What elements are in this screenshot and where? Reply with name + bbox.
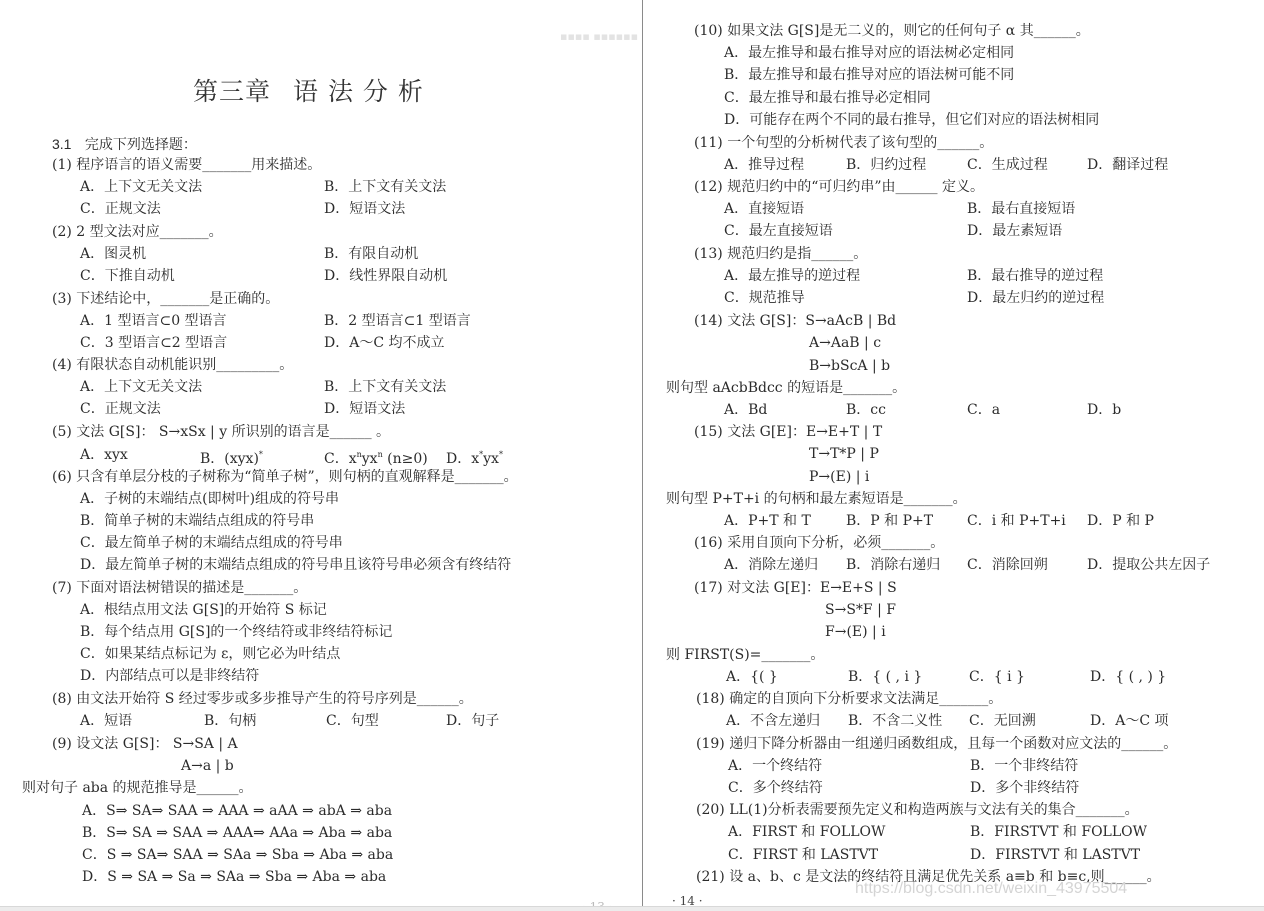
option-d: D．可能存在两个不同的最右推导，但它们对应的语法树相同: [724, 111, 1099, 129]
option-c: C．正规文法: [80, 200, 161, 218]
option-c: C．无回溯: [969, 712, 1036, 730]
right-page: (10) 如果文法 G[S]是无二义的，则它的任何句子 α 其______。 A…: [643, 0, 1264, 906]
option-c-cond: (n≥0): [383, 451, 428, 467]
option-a: A．子树的末端结点(即树叶)组成的符号串: [80, 490, 339, 508]
option-b: B．有限自动机: [324, 245, 418, 263]
option-b: B．上下文有关文法: [324, 178, 446, 196]
question-text: 设文法 G[S]： S→SA | A: [76, 736, 237, 752]
question-text: 下述结论中，_______是正确的。: [76, 291, 279, 307]
option-d: D．翻译过程: [1087, 156, 1168, 174]
question-text: 规范归约中的“可归约串”由______ 定义。: [727, 179, 984, 195]
option-c: C．生成过程: [967, 156, 1048, 174]
option-c: C．S ⇒ SA⇒ SAA ⇒ SAa ⇒ Sba ⇒ Aba ⇒ aba: [82, 846, 393, 864]
question-7: (7) 下面对语法树错误的描述是_______。: [52, 579, 307, 597]
option-d: D．FIRSTVT 和 LASTVT: [970, 846, 1140, 864]
option-a: A．Bd: [724, 401, 767, 419]
option-a: A．消除左递归: [724, 556, 818, 574]
superscript: *: [499, 450, 503, 459]
question-followup: 则句型 P+T+i 的句柄和最左素短语是_______。: [666, 490, 967, 508]
question-20: (20) LL(1)分析表需要预先定义和构造两族与文法有关的集合_______。: [696, 801, 1139, 819]
section-number: 3.1: [52, 136, 71, 152]
option-a: A．短语: [80, 712, 132, 730]
question-number: (15): [694, 424, 723, 440]
question-text: 程序语言的语义需要_______用来描述。: [76, 157, 321, 173]
option-d: D．提取公共左因子: [1087, 556, 1210, 574]
question-15: (15) 文法 G[E]：E→E+T | T: [694, 423, 882, 441]
option-b: B．{ ( , i }: [848, 668, 922, 686]
option-c: C．3 型语言⊂2 型语言: [80, 334, 227, 352]
question-number: (11): [694, 135, 723, 151]
question-text: 采用自顶向下分析，必须_______。: [727, 535, 944, 551]
chapter-number: 第三章: [193, 77, 271, 106]
question-followup: 则句型 aAcbBdcc 的短语是_______。: [666, 379, 906, 397]
option-b: B．上下文有关文法: [324, 378, 446, 396]
question-number: (18): [696, 691, 725, 707]
option-d: D．A～C 均不成立: [324, 334, 445, 352]
question-18: (18) 确定的自顶向下分析要求文法满足_______。: [696, 690, 1002, 708]
question-14: (14) 文法 G[S]：S→aAcB | Bd: [694, 312, 896, 330]
grammar-production: B→bScA | b: [809, 357, 890, 375]
question-text: 文法 G[S]： S→xSx | y 所识别的语言是______ 。: [76, 424, 390, 440]
option-c: C．{ i }: [969, 668, 1025, 686]
question-6: (6) 只含有单层分枝的子树称为“简单子树”，则句柄的直观解释是_______。: [52, 468, 518, 486]
question-4: (4) 有限状态自动机能识别_________。: [52, 356, 293, 374]
option-c: C．i 和 P+T+i: [967, 512, 1066, 530]
option-a: A．P+T 和 T: [724, 512, 811, 530]
option-a: A．最左推导的逆过程: [724, 267, 860, 285]
grammar-production: F→(E) | i: [825, 623, 886, 641]
question-number: (1): [52, 157, 72, 173]
option-d: D．b: [1087, 401, 1121, 419]
question-1: (1) 程序语言的语义需要_______用来描述。: [52, 156, 321, 174]
option-a: A．不含左递归: [726, 712, 820, 730]
option-a: A．1 型语言⊂0 型语言: [80, 312, 227, 330]
question-number: (10): [694, 23, 723, 39]
question-8: (8) 由文法开始符 S 经过零步或多步推导产生的符号序列是______。: [52, 690, 473, 708]
question-number: (21): [696, 869, 725, 885]
option-b: B．2 型语言⊂1 型语言: [324, 312, 471, 330]
option-a: A．上下文无关文法: [80, 378, 202, 396]
question-followup: 则 FIRST(S)=_______。: [666, 646, 824, 664]
superscript: *: [259, 450, 263, 459]
question-number: (19): [696, 736, 725, 752]
option-a: A．根结点用文法 G[S]的开始符 S 标记: [80, 601, 327, 619]
option-b: B．最左推导和最右推导对应的语法树可能不同: [724, 66, 1014, 84]
question-number: (14): [694, 313, 723, 329]
question-number: (5): [52, 424, 72, 440]
option-d-mid: yx: [483, 451, 499, 467]
question-followup: 则对句子 aba 的规范推导是______。: [22, 779, 253, 797]
option-b: B．归约过程: [846, 156, 926, 174]
option-d: D．句子: [446, 712, 499, 730]
option-d: D．最左简单子树的末端结点组成的符号串且该符号串必须含有终结符: [80, 556, 511, 574]
question-text: 文法 G[S]：S→aAcB | Bd: [727, 313, 896, 329]
option-c: C．多个终结符: [728, 779, 823, 797]
chapter-title: 第三章语 法 分 析: [193, 72, 424, 108]
question-16: (16) 采用自顶向下分析，必须_______。: [694, 534, 944, 552]
option-a: A．{( }: [726, 668, 778, 686]
option-d: D．S ⇒ SA ⇒ Sa ⇒ SAa ⇒ Sba ⇒ Aba ⇒ aba: [82, 868, 386, 886]
question-11: (11) 一个句型的分析树代表了该句型的______。: [694, 134, 993, 152]
option-d: D．x*yx*: [446, 446, 503, 468]
question-text: 规范归约是指______。: [727, 246, 867, 262]
option-c: C．句型: [326, 712, 379, 730]
option-b: B．消除右递归: [846, 556, 940, 574]
option-c-text: C．x: [324, 451, 357, 467]
option-a: A．xyx: [80, 446, 128, 464]
option-b: B．不含二义性: [848, 712, 942, 730]
question-text: 递归下降分析器由一组递归函数组成，且每一个函数对应文法的______。: [729, 736, 1177, 752]
option-c: C．下推自动机: [80, 267, 175, 285]
option-a: A．S⇒ SA⇒ SAA ⇒ AAA ⇒ aAA ⇒ abA ⇒ aba: [82, 802, 392, 820]
option-b: B．一个非终结符: [970, 757, 1078, 775]
question-text: 确定的自顶向下分析要求文法满足_______。: [729, 691, 1002, 707]
option-b: B．cc: [846, 401, 886, 419]
question-number: (16): [694, 535, 723, 551]
option-a: A．FIRST 和 FOLLOW: [728, 823, 885, 841]
question-number: (2): [52, 224, 72, 240]
question-number: (3): [52, 291, 72, 307]
option-b: B．最右推导的逆过程: [967, 267, 1103, 285]
option-d: D．最左归约的逆过程: [967, 289, 1104, 307]
grammar-production: A→a | b: [181, 757, 234, 775]
bleed-through-text: ▪▪▪▪ ▪▪▪▪▪▪: [560, 30, 638, 43]
option-d-text: D．x: [446, 451, 479, 467]
option-d: D．短语文法: [324, 400, 405, 418]
option-d: D．{ ( , ) }: [1090, 668, 1166, 686]
question-text: 2 型文法对应_______。: [76, 224, 222, 240]
option-a: A．最左推导和最右推导对应的语法树必定相同: [724, 44, 1014, 62]
option-a: A．推导过程: [724, 156, 804, 174]
question-number: (20): [696, 802, 725, 818]
option-c: C．最左直接短语: [724, 222, 833, 240]
question-3: (3) 下述结论中，_______是正确的。: [52, 290, 279, 308]
option-b: B．句柄: [204, 712, 256, 730]
option-b: B．FIRSTVT 和 FOLLOW: [970, 823, 1147, 841]
grammar-production: S→S*F | F: [825, 601, 896, 619]
watermark: https://blog.csdn.net/weixin_43975504: [855, 880, 1127, 898]
grammar-production: P→(E) | i: [809, 468, 869, 486]
option-d: D．线性界限自动机: [324, 267, 447, 285]
question-text: 一个句型的分析树代表了该句型的______。: [727, 135, 993, 151]
question-number: (9): [52, 736, 72, 752]
option-c: C．FIRST 和 LASTVT: [728, 846, 878, 864]
option-a: A．一个终结符: [728, 757, 822, 775]
question-text: 由文法开始符 S 经过零步或多步推导产生的符号序列是______。: [76, 691, 473, 707]
option-c-mid: yx: [362, 451, 378, 467]
option-d: D．最左素短语: [967, 222, 1062, 240]
question-number: (8): [52, 691, 72, 707]
option-b: B．(xyx)*: [200, 446, 263, 468]
question-number: (17): [694, 580, 723, 596]
option-d: D．短语文法: [324, 200, 405, 218]
section-heading: 3.1 完成下列选择题：: [52, 135, 197, 154]
option-b: B．每个结点用 G[S]的一个终结符或非终结符标记: [80, 623, 392, 641]
question-17: (17) 对文法 G[E]：E→E+S | S: [694, 579, 897, 597]
option-c: C．如果某结点标记为 ε，则它必为叶结点: [80, 645, 340, 663]
question-12: (12) 规范归约中的“可归约串”由______ 定义。: [694, 178, 984, 196]
option-c: C．xnyxn (n≥0): [324, 446, 428, 468]
question-number: (6): [52, 469, 72, 485]
option-c: C．a: [967, 401, 1000, 419]
option-c: C．最左推导和最右推导必定相同: [724, 89, 931, 107]
option-c: C．最左简单子树的末端结点组成的符号串: [80, 534, 343, 552]
option-b: B．P 和 P+T: [846, 512, 933, 530]
question-text: 只含有单层分枝的子树称为“简单子树”，则句柄的直观解释是_______。: [76, 469, 517, 485]
option-d: D．P 和 P: [1087, 512, 1154, 530]
question-text: LL(1)分析表需要预先定义和构造两族与文法有关的集合_______。: [729, 802, 1138, 818]
grammar-production: T→T*P | P: [809, 445, 879, 463]
question-19: (19) 递归下降分析器由一组递归函数组成，且每一个函数对应文法的______。: [696, 735, 1177, 753]
question-number: (13): [694, 246, 723, 262]
option-c: C．消除回朔: [967, 556, 1048, 574]
viewer-bottom-edge: [0, 906, 1264, 911]
option-b-text: B．(xyx): [200, 451, 259, 467]
question-text: 下面对语法树错误的描述是_______。: [76, 580, 307, 596]
question-5: (5) 文法 G[S]： S→xSx | y 所识别的语言是______ 。: [52, 423, 390, 441]
question-number: (12): [694, 179, 723, 195]
question-text: 如果文法 G[S]是无二义的，则它的任何句子 α 其______。: [727, 23, 1090, 39]
question-number: (7): [52, 580, 72, 596]
section-title: 完成下列选择题：: [85, 137, 197, 153]
question-10: (10) 如果文法 G[S]是无二义的，则它的任何句子 α 其______。: [694, 22, 1090, 40]
option-d: D．内部结点可以是非终结符: [80, 667, 259, 685]
question-text: 文法 G[E]：E→E+T | T: [727, 424, 882, 440]
option-d: D．A～C 项: [1090, 712, 1169, 730]
option-d: D．多个非终结符: [970, 779, 1079, 797]
option-a: A．上下文无关文法: [80, 178, 202, 196]
question-2: (2) 2 型文法对应_______。: [52, 223, 223, 241]
left-page: ▪▪▪▪ ▪▪▪▪▪▪ 第三章语 法 分 析 3.1 完成下列选择题： (1) …: [0, 0, 642, 906]
option-c: C．规范推导: [724, 289, 805, 307]
question-9: (9) 设文法 G[S]： S→SA | A: [52, 735, 238, 753]
option-a: A．图灵机: [80, 245, 146, 263]
question-13: (13) 规范归约是指______。: [694, 245, 867, 263]
option-b: B．简单子树的末端结点组成的符号串: [80, 512, 314, 530]
grammar-production: A→AaB | c: [809, 334, 881, 352]
option-c: C．正规文法: [80, 400, 161, 418]
question-text: 有限状态自动机能识别_________。: [76, 357, 293, 373]
chapter-name: 语 法 分 析: [293, 77, 424, 106]
option-b: B．S⇒ SA ⇒ SAA ⇒ AAA⇒ AAa ⇒ Aba ⇒ aba: [82, 824, 392, 842]
question-text: 对文法 G[E]：E→E+S | S: [727, 580, 896, 596]
option-a: A．直接短语: [724, 200, 804, 218]
question-number: (4): [52, 357, 72, 373]
option-b: B．最右直接短语: [967, 200, 1075, 218]
